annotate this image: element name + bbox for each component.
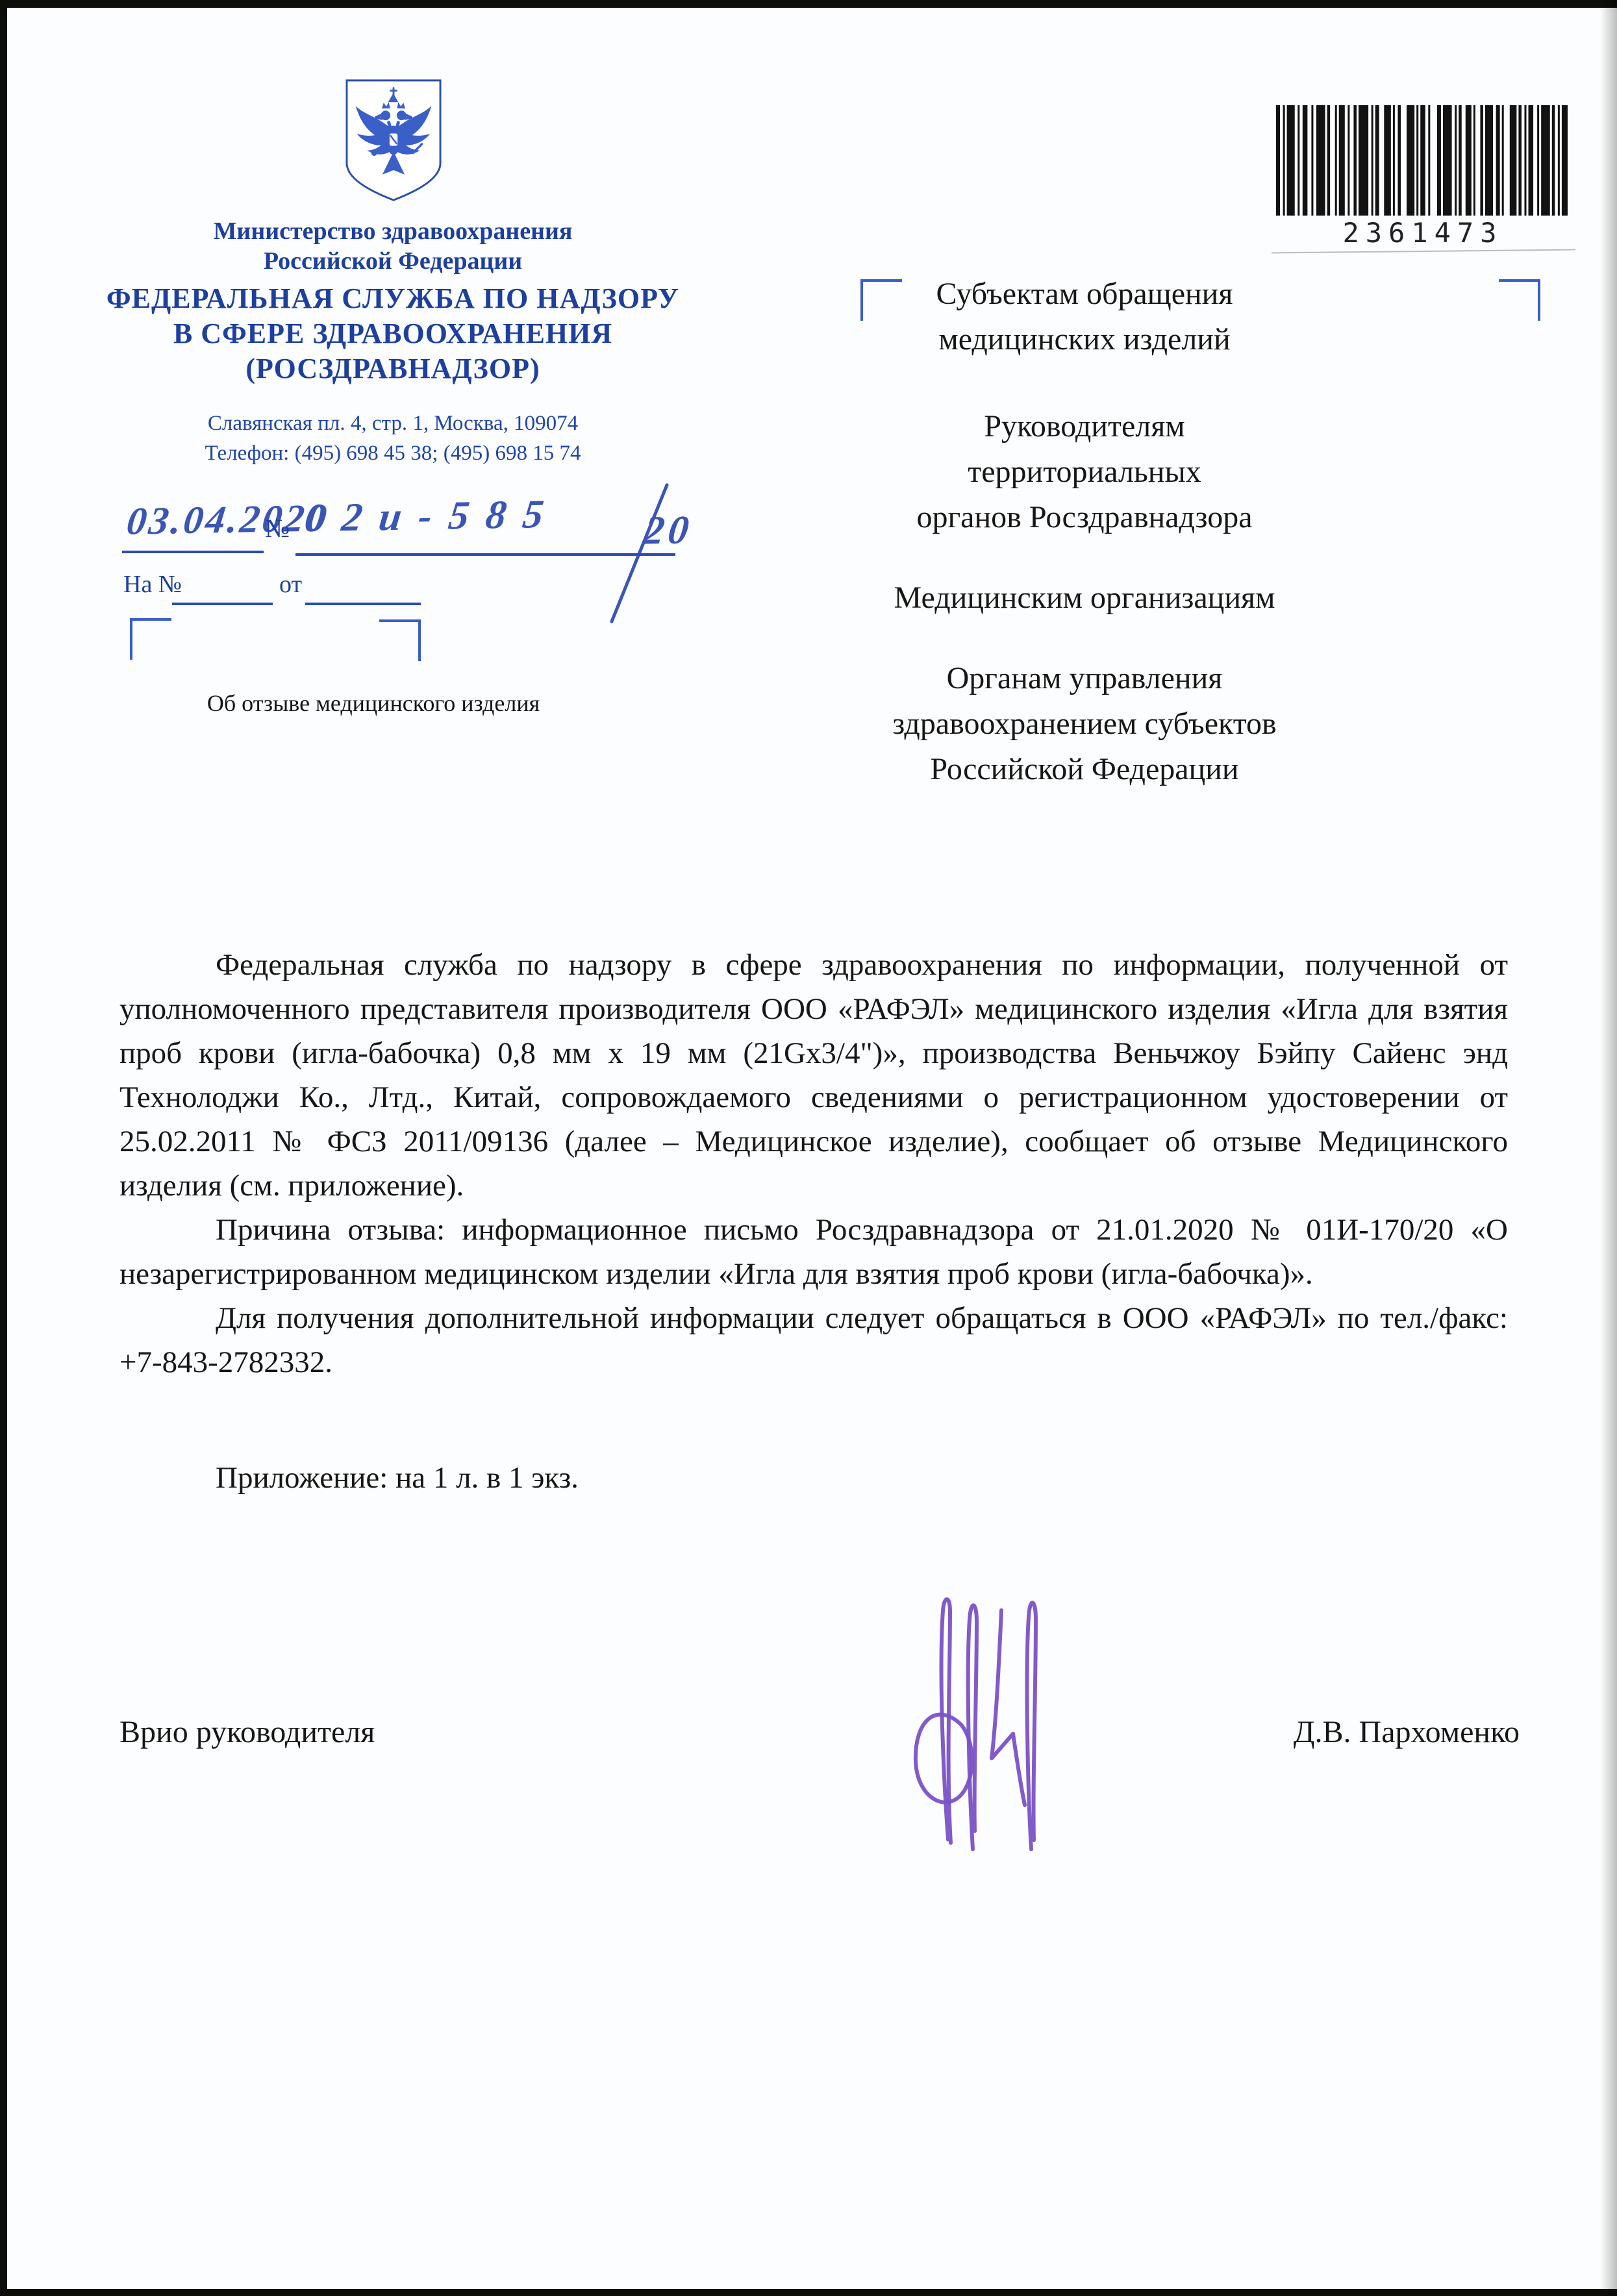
body-paragraph-1: Федеральная служба по надзору в сфере зд… xyxy=(119,943,1508,1208)
scan-shadow-right xyxy=(1600,0,1617,2296)
scanned-letter-page: Министерство здравоохранения Российской … xyxy=(0,0,1617,2296)
recipient-group-2: Руководителям территориальных органов Ро… xyxy=(727,404,1442,540)
outgoing-number-handwritten: 02и-585 xyxy=(302,492,563,542)
letter-body: Федеральная служба по надзору в сфере зд… xyxy=(119,943,1508,1500)
recipient-group-3: Медицинским организациям xyxy=(727,575,1442,621)
body-paragraph-2: Причина отзыва: информационное письмо Ро… xyxy=(119,1208,1508,1296)
service-phone: Телефон: (495) 698 45 38; (495) 698 15 7… xyxy=(84,442,701,466)
outgoing-number-suffix-handwritten: 20 xyxy=(642,507,696,554)
signer-position-title: Врио руководителя xyxy=(119,1714,375,1750)
attachment-line: Приложение: на 1 л. в 1 экз. xyxy=(119,1456,1508,1500)
date-underline xyxy=(122,551,264,553)
barcode-number: 2361473 xyxy=(1276,217,1570,249)
number-sign: № xyxy=(265,513,290,543)
reply-date-blank-underline xyxy=(305,603,421,605)
address-zone-corner-left xyxy=(130,618,171,660)
service-name-line2: В СФЕРЕ ЗДРАВООХРАНЕНИЯ xyxy=(84,317,701,350)
reply-to-number-label: На № xyxy=(123,570,182,599)
body-paragraph-3: Для получения дополнительной информации … xyxy=(119,1296,1508,1384)
scan-edge-top xyxy=(0,0,1617,8)
recipient-group-4: Органам управления здравоохранением субъ… xyxy=(727,656,1442,792)
subject-line: Об отзыве медицинского изделия xyxy=(156,690,591,717)
recipient-zone-corner-right xyxy=(1499,279,1540,321)
ministry-name-line2: Российской Федерации xyxy=(84,247,701,275)
signer-name: Д.В. Пархоменко xyxy=(1182,1714,1520,1750)
signature-autograph xyxy=(909,1590,1049,1865)
scan-edge-bottom xyxy=(0,2289,1617,2296)
number-underline xyxy=(295,553,675,556)
reply-from-label: от xyxy=(279,570,302,599)
scan-artifact-line xyxy=(1272,249,1575,254)
outgoing-date-handwritten: 03.04.2020 xyxy=(124,495,331,543)
coat-of-arms-russia-icon xyxy=(338,77,449,204)
barcode-bars xyxy=(1276,105,1570,216)
recipient-group-1: Субъектам обращения медицинских изделий xyxy=(727,271,1442,362)
barcode: 2361473 xyxy=(1276,105,1570,249)
scan-edge-left xyxy=(0,0,7,2296)
address-zone-corner-right xyxy=(379,619,421,661)
service-name-line1: ФЕДЕРАЛЬНАЯ СЛУЖБА ПО НАДЗОРУ xyxy=(84,282,701,315)
service-name-line3: (РОСЗДРАВНАДЗОР) xyxy=(84,352,701,385)
service-address: Славянская пл. 4, стр. 1, Москва, 109074 xyxy=(84,412,701,436)
reply-number-blank-underline xyxy=(172,603,273,605)
ministry-name-line1: Министерство здравоохранения xyxy=(84,217,701,245)
